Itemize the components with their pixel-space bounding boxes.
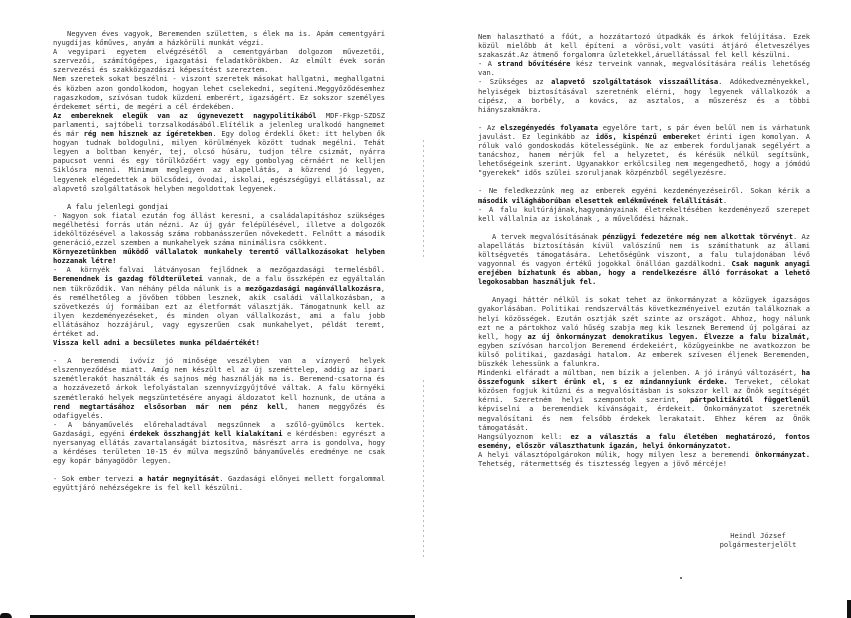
text-run: egyben szívósan harcoljon Beremend érdek… (478, 341, 810, 368)
text-run: - A (478, 59, 497, 68)
text-run: - Szükséges az (478, 77, 551, 86)
memorial-paragraph: - Ne feledkezzünk meg az emberek egyéni … (478, 186, 810, 204)
closing-paragraph: A helyi választópolgárokon múlik, hogy m… (478, 450, 810, 468)
strand-paragraph: - A strand bővítésére kész terveink vann… (478, 59, 810, 77)
signature-title: polgármesterjelölt (703, 540, 813, 549)
bold-phrase: Az embereknek elegük van az úgynevezett … (53, 111, 316, 120)
text-run: - Sok ember tervezi (53, 474, 139, 483)
text-run: - Az (478, 123, 500, 132)
border-paragraph: - Sok ember tervezi a határ megnyitását.… (53, 474, 385, 492)
bold-phrase: strand bővítésére (497, 59, 570, 68)
left-column-text: Negyven éves vagyok, Beremenden születte… (53, 29, 385, 493)
text-run: - A környék falvai látványosan fejlődnek… (53, 265, 385, 274)
signature-name: Heindl József (703, 531, 813, 540)
finance-paragraph: A tervek megvalósításának pénzügyi fedez… (478, 232, 810, 287)
council-paragraph: Anyagi háttér nélkül is sokat tehet az ö… (478, 295, 810, 368)
text-run: - Ne feledkezzünk meg az emberek egyéni … (478, 186, 810, 195)
youth-paragraph: - Nagyon sok fiatal ezután fog állást ke… (53, 211, 385, 247)
bold-phrase: rend megtartásához elsősorban már nem pé… (53, 402, 284, 411)
section-heading: A falu jelenlegi gondjai (53, 202, 385, 211)
text-run: képviselni a beremendiek kívánságait, ér… (478, 404, 810, 431)
work-callout: Vissza kell adni a becsületes munka péld… (53, 338, 385, 347)
bold-phrase: az új önkormányzat demokratikus legyen. … (528, 332, 810, 341)
bold-phrase: önkormányzat. (755, 450, 810, 459)
page-fold-line (423, 380, 424, 560)
intro-paragraph: Negyven éves vagyok, Beremenden születte… (53, 29, 385, 47)
text-run: Mindenki elfáradt a múltban, nem bízik a… (478, 368, 802, 377)
education-paragraph: A vegyipari egyetem elvégzésétől a cemen… (53, 47, 385, 74)
services-paragraph: - Szükséges az alapvető szolgáltatások v… (478, 77, 810, 113)
left-page: Negyven éves vagyok, Beremenden születte… (0, 0, 425, 618)
scan-edge-mark (847, 600, 851, 618)
personality-paragraph: Nem szeretek sokat beszélni - viszont sz… (53, 74, 385, 110)
bold-phrase: érdekek összhangját kell kialakítani (130, 429, 283, 438)
mining-paragraph: - A bányaművelés előrehaladtával megszűn… (53, 420, 385, 465)
bold-phrase: Beremendnek is gazdag földterületei (53, 274, 203, 283)
text-run: A helyi választópolgárokon múlik, hogy m… (478, 450, 755, 459)
bold-phrase: mezőgazdasági magánvállalkozásra (245, 284, 380, 293)
bold-phrase: idős, kispénzű emberek (596, 132, 693, 141)
bold-phrase: alapvető szolgáltatások visszaállítása (551, 77, 718, 86)
right-column-text: Nem halasztható a főút, a hozzátartozó ú… (478, 32, 810, 468)
text-run: Tehetség, rátermettség és tisztesség leg… (478, 459, 727, 468)
agriculture-paragraph: - A környék falvai látványosan fejlődnek… (53, 265, 385, 338)
politics-paragraph: Az embereknek elegük van az úgynevezett … (53, 111, 385, 193)
emphasis-paragraph: Hangsúlyoznom kell: ez a választás a fal… (478, 432, 810, 450)
bold-phrase: a határ megnyitását (139, 474, 220, 483)
text-run: . (723, 196, 727, 205)
jobs-callout: Környezetünkben működő vállalatok munkah… (53, 247, 385, 265)
roads-paragraph: Nem halasztható a főút, a hozzátartozó ú… (478, 32, 810, 59)
text-run: Hangsúlyoznom kell: (478, 432, 571, 441)
culture-paragraph: - A falu kultúrájának,hagyományainak éle… (478, 205, 810, 223)
text-run: A tervek megvalósításának (492, 232, 602, 241)
poverty-paragraph: - Az elszegényedés folyamata egyelőre ta… (478, 123, 810, 178)
page-fold-line (423, 140, 424, 260)
bold-phrase: pártpolitikától függetlenül (690, 395, 810, 404)
bold-phrase: pénzügyi fedezetére még nem alkottak tör… (602, 232, 793, 241)
bold-phrase: elszegényedés folyamata (500, 123, 598, 132)
bold-phrase: rég nem hisznek az ígéretekben (84, 129, 213, 138)
scan-speck (680, 577, 682, 579)
text-run: . Egy dolog érdekli őket: itt helyben ők… (53, 129, 385, 193)
signature-block: Heindl József polgármesterjelölt (703, 531, 813, 549)
text-run: , és remélhetőleg a jövőben többen leszn… (53, 284, 385, 338)
text-run: - A beremendi ivóvíz jó minősége veszély… (53, 356, 385, 401)
together-paragraph: Mindenki elfáradt a múltban, nem bízik a… (478, 368, 810, 432)
water-paragraph: - A beremendi ivóvíz jó minősége veszély… (53, 356, 385, 420)
scan-blot (0, 613, 12, 618)
right-page: Nem halasztható a főút, a hozzátartozó ú… (425, 0, 851, 618)
bold-phrase: második világháborúban elesettek emlékmű… (478, 196, 723, 205)
